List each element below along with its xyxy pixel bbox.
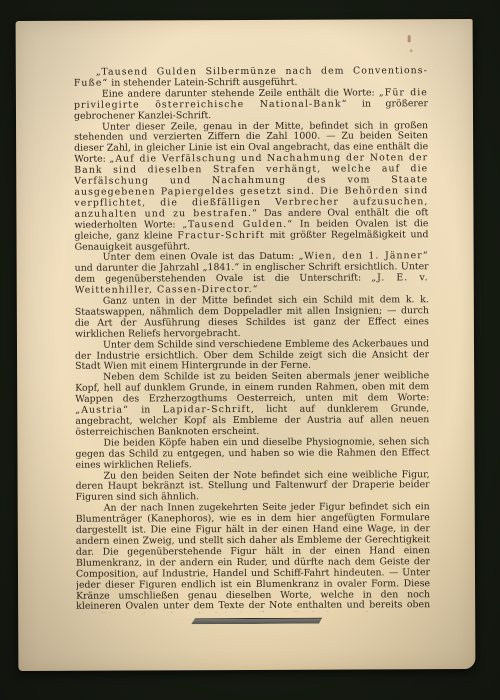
text-segment: Fractur-Schrift: [177, 230, 265, 241]
paragraph: Unter dieser Zeile, genau in der Mitte, …: [74, 121, 429, 253]
paragraph: Neben dem Schilde ist zu beiden Seiten a…: [75, 372, 429, 439]
scanned-document-photo: „Tausend Gulden Silbermünze nach dem Con…: [0, 0, 500, 700]
paragraph: Ganz unten in der Mitte befindet sich ei…: [75, 295, 429, 340]
paper-speck: [410, 49, 413, 52]
text-segment: Neben dem Schilde ist zu beiden Seiten a…: [75, 371, 429, 405]
section-divider: [191, 618, 322, 625]
text-segment: „Tausend Gulden.“: [182, 218, 293, 229]
paragraph: Die beiden Köpfe haben ein und dieselbe …: [75, 437, 429, 471]
text-segment: An der nach Innen zugekehrten Seite jede…: [76, 501, 430, 612]
paragraph: Zu den beiden Seiten der Note befindet s…: [76, 470, 430, 504]
text-segment: „Wien, den 1. Jänner“: [299, 251, 429, 263]
text-segment: Die beiden Köpfe haben ein und dieselbe …: [75, 436, 429, 470]
paper-speck: [408, 35, 411, 42]
text-segment: Ganz unten in der Mitte befindet sich ei…: [75, 294, 429, 339]
paragraph: An der nach Innen zugekehrten Seite jede…: [76, 502, 430, 612]
text-segment: „Austria“: [75, 405, 129, 416]
text-segment: in: [129, 404, 163, 415]
document-body: „Tausend Gulden Silbermünze nach dem Con…: [74, 66, 430, 613]
text-segment: Unter dem Schilde sind verschiedene Embl…: [75, 338, 429, 372]
document-page: „Tausend Gulden Silbermünze nach dem Con…: [16, 19, 476, 671]
text-segment: Lapidar-Schrift: [163, 404, 251, 415]
paragraph: Unter dem einen Ovale ist das Datum: „Wi…: [75, 252, 429, 297]
paragraph: Unter dem Schilde sind verschiedene Embl…: [75, 339, 429, 373]
text-segment: Zu den beiden Seiten der Note befindet s…: [76, 469, 430, 503]
paragraph: „Tausend Gulden Silbermünze nach dem Con…: [74, 66, 428, 89]
paragraph: Eine andere darunter stehende Zeile enth…: [74, 88, 428, 122]
